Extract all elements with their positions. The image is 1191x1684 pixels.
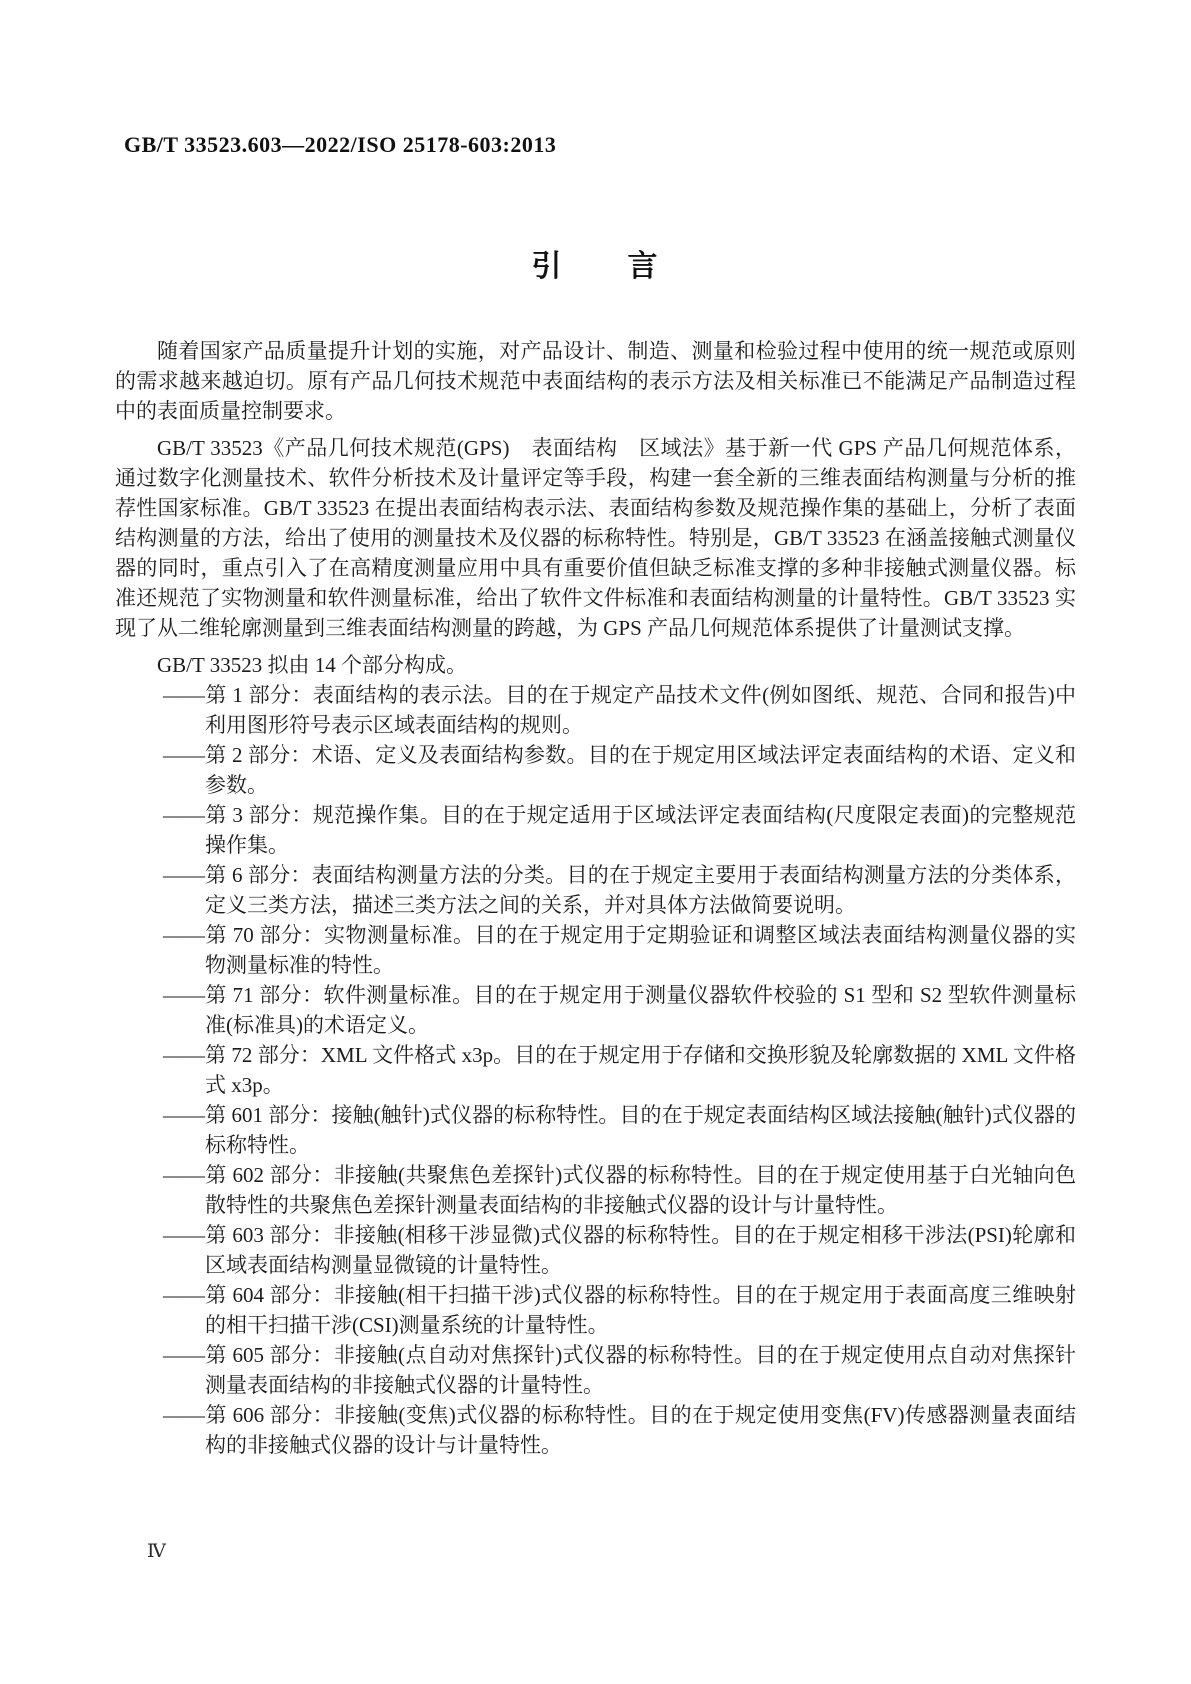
- part-item-601: ——第 601 部分：接触(触针)式仪器的标称特性。目的在于规定表面结构区域法接…: [115, 1100, 1076, 1160]
- part-item-2: ——第 2 部分：术语、定义及表面结构参数。目的在于规定用区域法评定表面结构的术…: [115, 740, 1076, 800]
- introduction-body: 随着国家产品质量提升计划的实施，对产品设计、制造、测量和检验过程中使用的统一规范…: [115, 336, 1076, 1460]
- part-item-604: ——第 604 部分：非接触(相干扫描干涉)式仪器的标称特性。目的在于规定用于表…: [115, 1280, 1076, 1340]
- part-item-603: ——第 603 部分：非接触(相移干涉显微)式仪器的标称特性。目的在于规定相移干…: [115, 1220, 1076, 1280]
- part-item-72: ——第 72 部分：XML 文件格式 x3p。目的在于规定用于存储和交换形貌及轮…: [115, 1040, 1076, 1100]
- part-item-606: ——第 606 部分：非接触(变焦)式仪器的标称特性。目的在于规定使用变焦(FV…: [115, 1400, 1076, 1460]
- part-item-602: ——第 602 部分：非接触(共聚焦色差探针)式仪器的标称特性。目的在于规定使用…: [115, 1160, 1076, 1220]
- intro-paragraph-1: 随着国家产品质量提升计划的实施，对产品设计、制造、测量和检验过程中使用的统一规范…: [115, 336, 1076, 426]
- intro-paragraph-2: GB/T 33523《产品几何技术规范(GPS) 表面结构 区域法》基于新一代 …: [115, 433, 1076, 643]
- parts-list: ——第 1 部分：表面结构的表示法。目的在于规定产品技术文件(例如图纸、规范、合…: [115, 680, 1076, 1460]
- page-number: Ⅳ: [147, 1540, 166, 1563]
- intro-paragraph-3: GB/T 33523 拟由 14 个部分构成。: [115, 650, 1076, 680]
- part-item-71: ——第 71 部分：软件测量标准。目的在于规定用于测量仪器软件校验的 S1 型和…: [115, 980, 1076, 1040]
- part-item-3: ——第 3 部分：规范操作集。目的在于规定适用于区域法评定表面结构(尺度限定表面…: [115, 800, 1076, 860]
- page-title: 引 言: [0, 241, 1191, 285]
- part-item-6: ——第 6 部分：表面结构测量方法的分类。目的在于规定主要用于表面结构测量方法的…: [115, 860, 1076, 920]
- part-item-1: ——第 1 部分：表面结构的表示法。目的在于规定产品技术文件(例如图纸、规范、合…: [115, 680, 1076, 740]
- document-page: GB/T 33523.603—2022/ISO 25178-603:2013 引…: [0, 0, 1191, 1684]
- part-item-605: ——第 605 部分：非接触(点自动对焦探针)式仪器的标称特性。目的在于规定使用…: [115, 1340, 1076, 1400]
- part-item-70: ——第 70 部分：实物测量标准。目的在于规定用于定期验证和调整区域法表面结构测…: [115, 920, 1076, 980]
- standard-number: GB/T 33523.603—2022/ISO 25178-603:2013: [124, 132, 556, 158]
